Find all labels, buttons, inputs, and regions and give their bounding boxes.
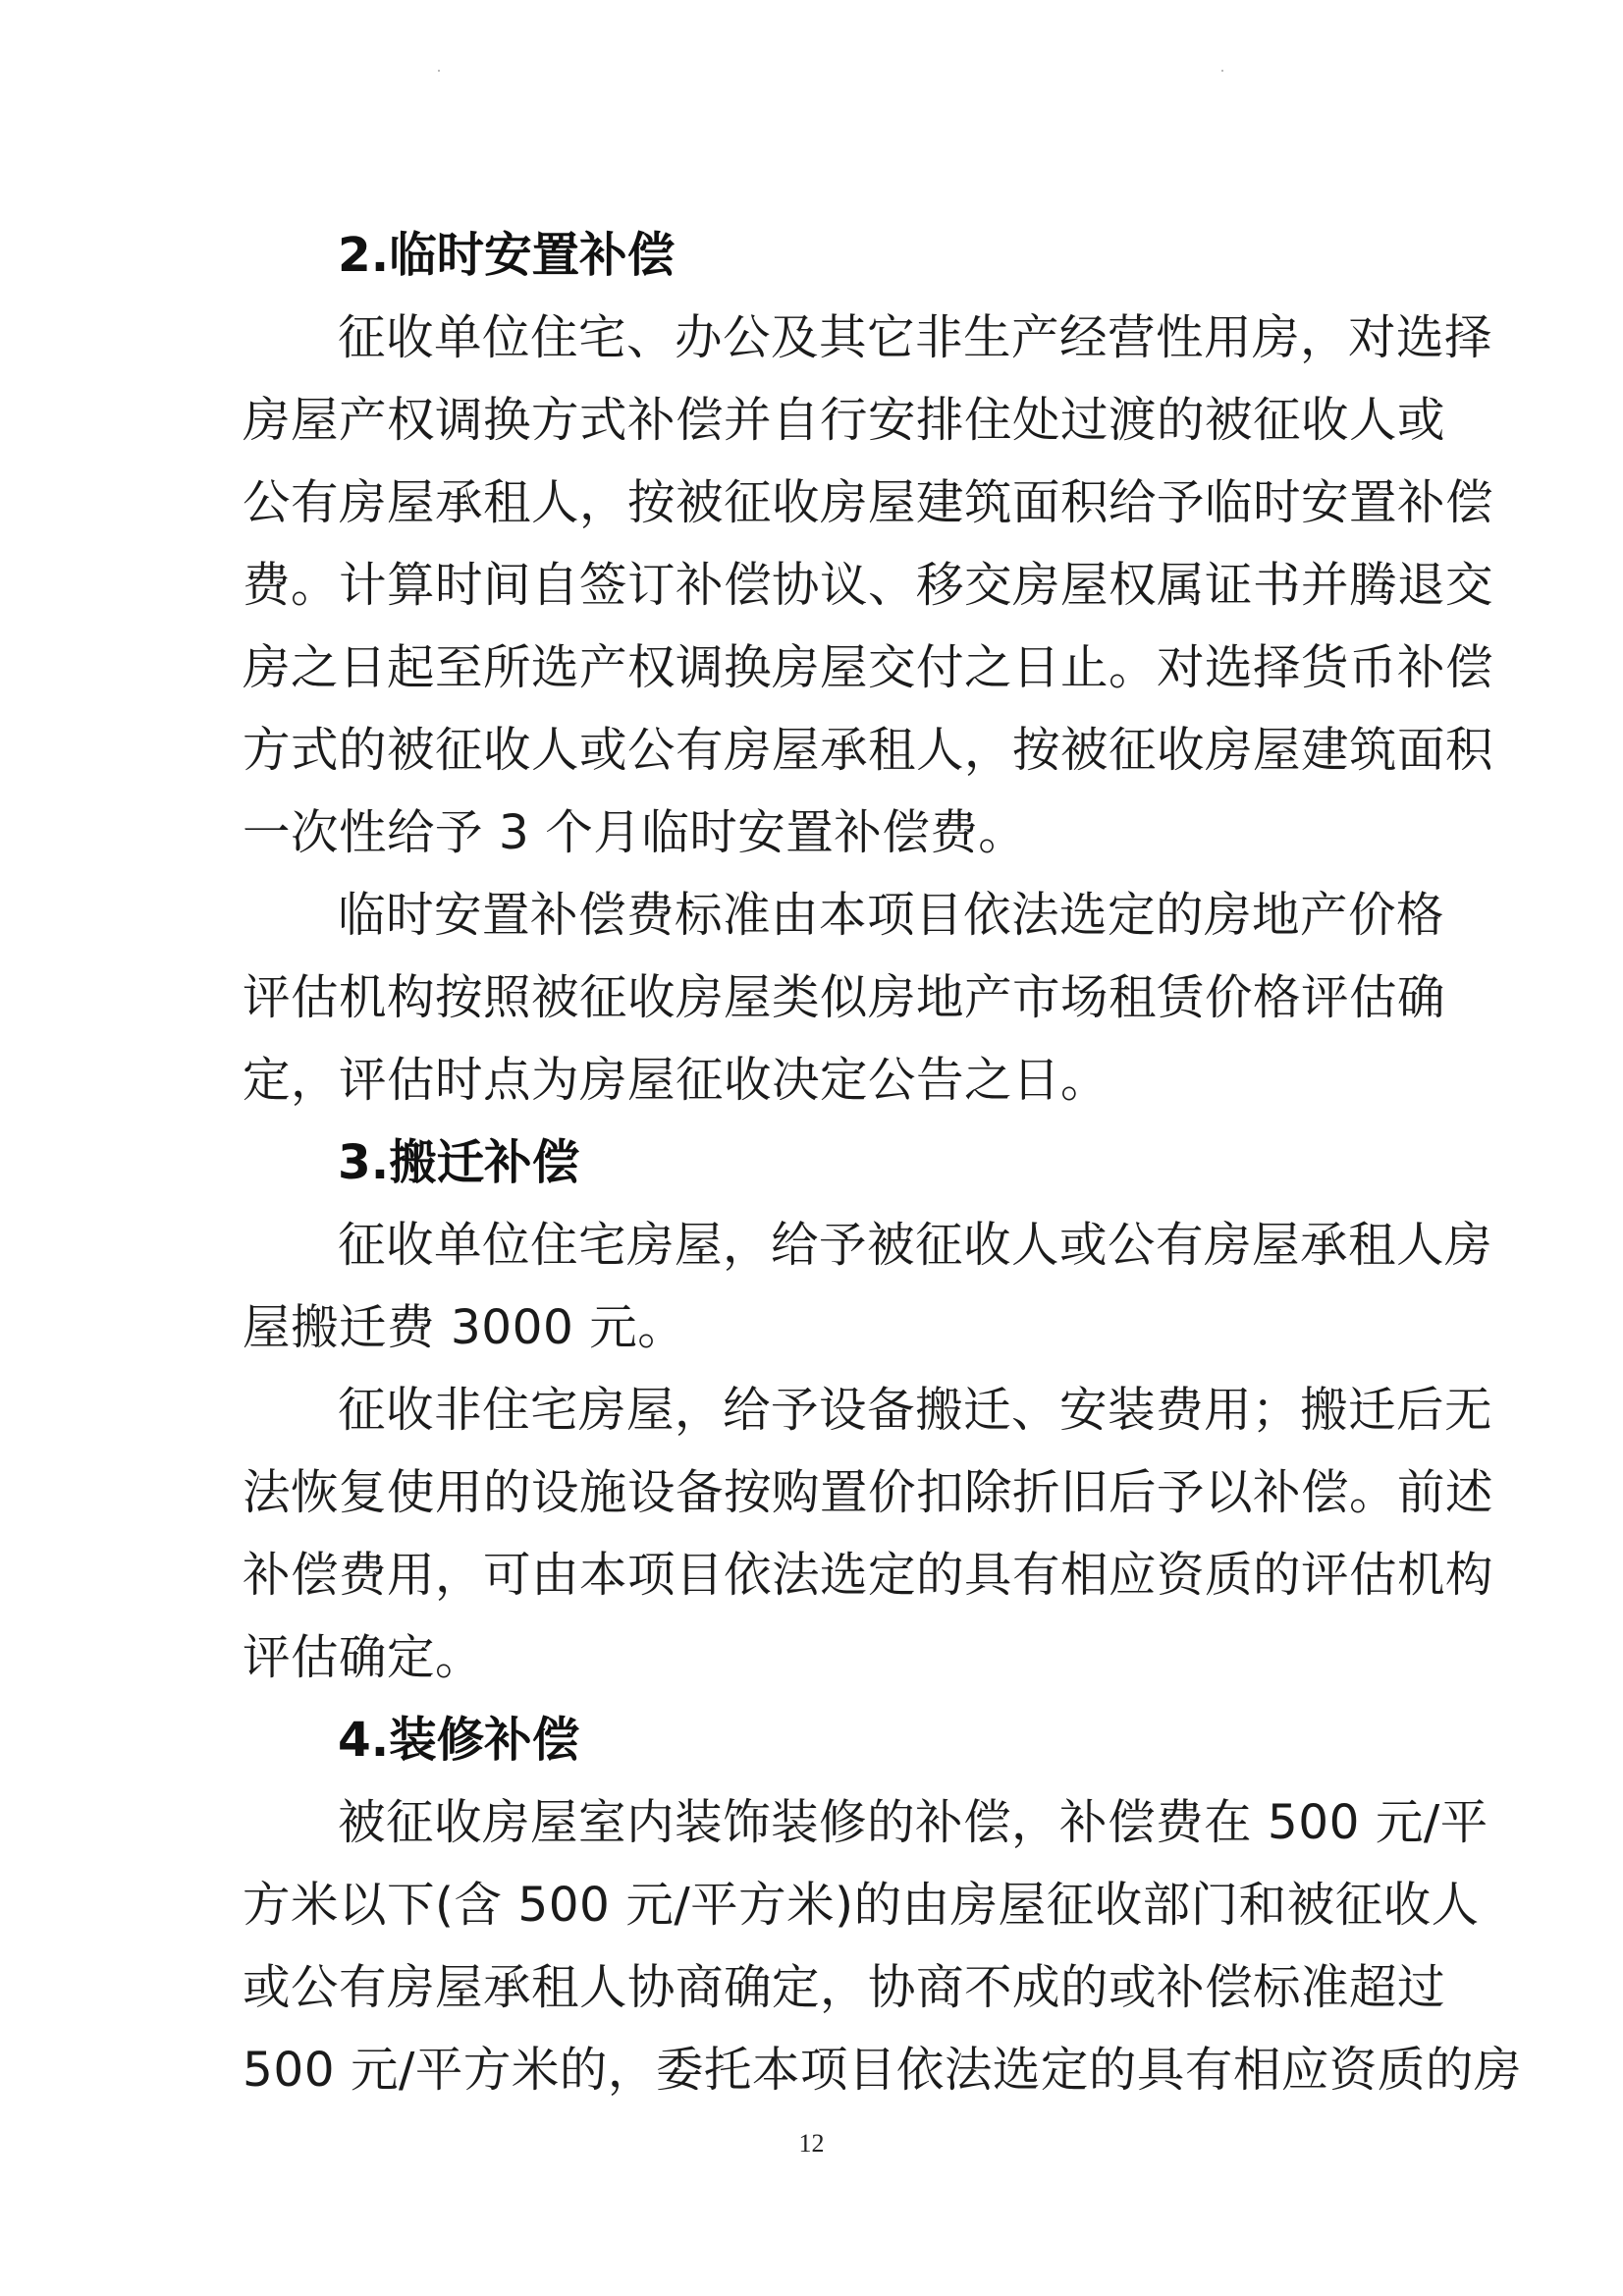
scan-artifact	[438, 70, 440, 72]
paragraph-line: 征收单位住宅房屋，给予被征收人或公有房屋承租人房	[338, 1204, 1387, 1286]
paragraph-line: 房之日起至所选产权调换房屋交付之日止。对选择货币补偿	[243, 627, 1387, 709]
paragraph-line: 屋搬迁费 3000 元。	[243, 1286, 1387, 1369]
paragraph-line: 方米以下(含 500 元/平方米)的由房屋征收部门和被征收人	[243, 1864, 1387, 1946]
paragraph-line: 500 元/平方米的，委托本项目依法选定的具有相应资质的房	[243, 2029, 1387, 2111]
paragraph-line: 评估机构按照被征收房屋类似房地产市场租赁价格评估确	[243, 957, 1387, 1039]
document-page: 2.临时安置补偿 征收单位住宅、办公及其它非生产经营性用房，对选择 房屋产权调换…	[0, 0, 1623, 2296]
paragraph-line: 房屋产权调换方式补偿并自行安排住处过渡的被征收人或	[243, 379, 1387, 462]
paragraph-line: 公有房屋承租人，按被征收房屋建筑面积给予临时安置补偿	[243, 462, 1387, 544]
section-heading-decoration: 4.装修补偿	[338, 1699, 579, 1781]
paragraph-line: 补偿费用，可由本项目依法选定的具有相应资质的评估机构	[243, 1534, 1387, 1616]
paragraph-line: 征收非住宅房屋，给予设备搬迁、安装费用；搬迁后无	[338, 1369, 1387, 1451]
paragraph-line: 费。计算时间自签订补偿协议、移交房屋权属证书并腾退交	[243, 544, 1387, 627]
paragraph-line: 评估确定。	[243, 1616, 1387, 1699]
section-heading-relocation: 3.搬迁补偿	[338, 1121, 579, 1204]
section-heading-temporary-resettlement: 2.临时安置补偿	[338, 214, 675, 297]
page-number: 12	[0, 2129, 1623, 2159]
paragraph-line: 临时安置补偿费标准由本项目依法选定的房地产价格	[338, 874, 1387, 957]
scan-artifact	[1221, 70, 1223, 72]
paragraph-line: 被征收房屋室内装饰装修的补偿，补偿费在 500 元/平	[338, 1781, 1387, 1864]
paragraph-line: 法恢复使用的设施设备按购置价扣除折旧后予以补偿。前述	[243, 1451, 1387, 1534]
paragraph-line: 或公有房屋承租人协商确定，协商不成的或补偿标准超过	[243, 1946, 1387, 2029]
paragraph-line: 定，评估时点为房屋征收决定公告之日。	[243, 1039, 1387, 1121]
paragraph-line: 一次性给予 3 个月临时安置补偿费。	[243, 792, 1387, 874]
paragraph-line: 征收单位住宅、办公及其它非生产经营性用房，对选择	[338, 297, 1387, 379]
paragraph-line: 方式的被征收人或公有房屋承租人，按被征收房屋建筑面积	[243, 709, 1387, 792]
